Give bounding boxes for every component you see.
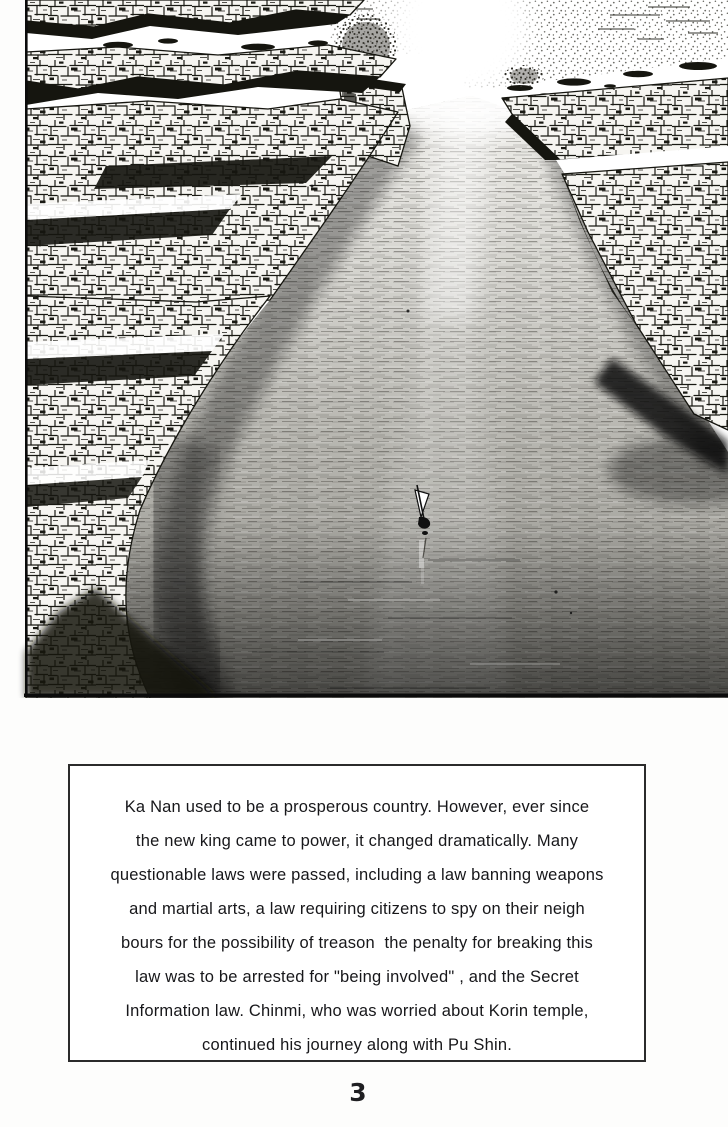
caption-line: continued his journey along with Pu Shin… <box>84 1028 630 1062</box>
caption-line: questionable laws were passed, including… <box>84 858 630 892</box>
caption-line: Information law. Chinmi, who was worried… <box>84 994 630 1028</box>
caption-line: Ka Nan used to be a prosperous country. … <box>84 790 630 824</box>
caption-line: and martial arts, a law requiring citize… <box>84 892 630 926</box>
manga-panel-river-canyon <box>0 0 728 698</box>
manga-page: Ka Nan used to be a prosperous country. … <box>0 0 728 1127</box>
caption-line: the new king came to power, it changed d… <box>84 824 630 858</box>
page-number: 3 <box>0 1078 716 1107</box>
caption-line: law was to be arrested for "being involv… <box>84 960 630 994</box>
caption-line: bours for the possibility of treason the… <box>84 926 630 960</box>
caption-box: Ka Nan used to be a prosperous country. … <box>68 764 646 1062</box>
